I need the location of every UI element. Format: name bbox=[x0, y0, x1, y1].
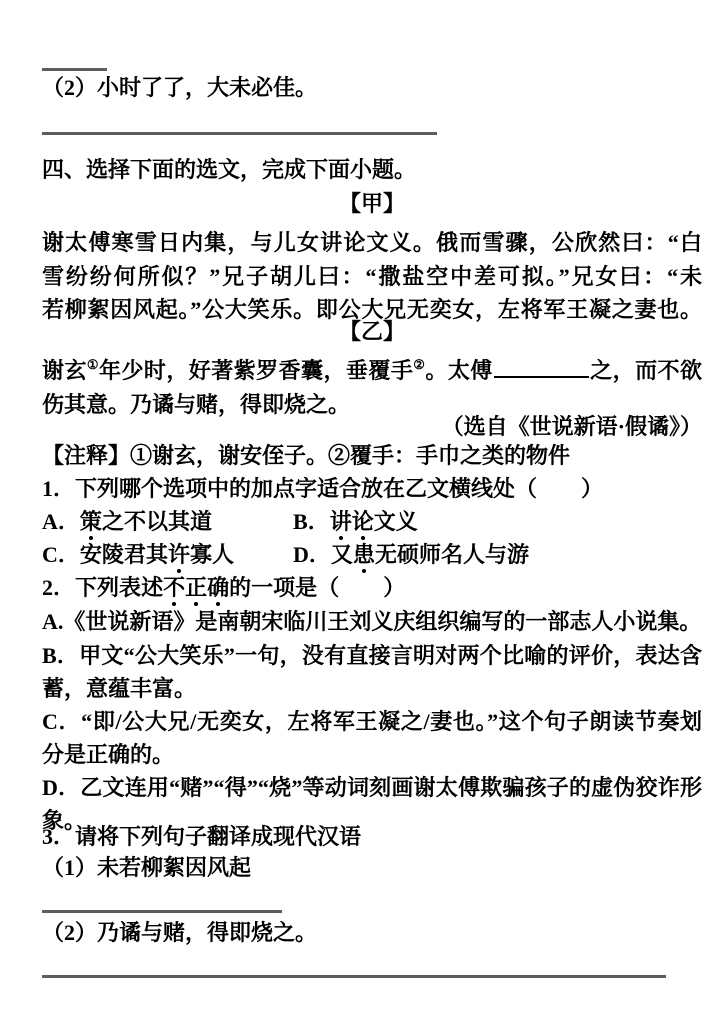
section-title: 四、选择下面的选文，完成下面小题。 bbox=[42, 158, 702, 182]
passage-yi-heading: 【乙】 bbox=[42, 320, 702, 344]
answer-line-medium bbox=[42, 132, 437, 135]
q1-option-a: A．策之不以其道 bbox=[42, 510, 293, 534]
q1-option-d: D．又患无硕师名人与游 bbox=[293, 543, 529, 567]
question-1-options-row-1: A．策之不以其道 B．讲论文义 bbox=[42, 510, 702, 534]
exam-page: （2）小时了了，大未必佳。 四、选择下面的选文，完成下面小题。 【甲】 谢太傅寒… bbox=[0, 0, 724, 1024]
source-attribution: （选自《世说新语·假谲》） bbox=[42, 415, 702, 439]
question-2-stem: 2．下列表述不正确的一项是（ ） bbox=[42, 576, 702, 600]
q1-option-b: B．讲论文义 bbox=[293, 510, 418, 534]
answer-line-sub1 bbox=[42, 910, 282, 913]
passage-yi-segment: 。太傅 bbox=[425, 358, 492, 383]
question-3-stem: 3．请将下列句子翻译成现代汉语 bbox=[42, 825, 702, 849]
passage-jia-text: 谢太傅寒雪日内集，与儿女讲论文义。俄而雪骤，公欣然曰：“白 雪纷纷何所似？”兄子… bbox=[42, 226, 702, 327]
passage-notes: 【注释】①谢玄，谢安侄子。②覆手：手巾之类的物件 bbox=[42, 444, 702, 468]
fill-in-blank-line bbox=[494, 354, 589, 378]
passage-jia-line: 雪纷纷何所似？”兄子胡儿曰：“撒盐空中差可拟。”兄女曰：“未 bbox=[42, 260, 702, 294]
question-1-stem: 1．下列哪个选项中的加点字适合放在乙文横线处（ ） bbox=[42, 477, 702, 501]
q2-option-a: A.《世说新语》是南朝宋临川王刘义庆组织编写的一部志人小说集。 bbox=[42, 610, 702, 634]
passage-jia-line: 谢太傅寒雪日内集，与儿女讲论文义。俄而雪骤，公欣然曰：“白 bbox=[42, 226, 702, 260]
footnote-marker-2: ② bbox=[413, 357, 425, 372]
prev-question-item-2: （2）小时了了，大未必佳。 bbox=[42, 76, 702, 100]
q3-sub-question-1: （1）未若柳絮因风起 bbox=[42, 856, 702, 880]
passage-yi-segment: 年少时，好著紫罗香囊，垂覆手 bbox=[99, 358, 413, 383]
q1-option-c: C．安陵君其许寡人 bbox=[42, 543, 293, 567]
passage-yi-text: 谢玄①年少时，好著紫罗香囊，垂覆手②。太傅之，而不欲伤其意。乃谲与赌，得即烧之。 bbox=[42, 354, 702, 421]
answer-line-short bbox=[42, 68, 107, 71]
q3-sub-question-2: （2）乃谲与赌，得即烧之。 bbox=[42, 921, 702, 945]
q2-option-c: C．“即/公大兄/无奕女，左将军王凝之/妻也。”这个句子朗读节奏划分是正确的。 bbox=[42, 705, 702, 771]
passage-jia-heading: 【甲】 bbox=[42, 192, 702, 216]
question-1-options-row-2: C．安陵君其许寡人 D．又患无硕师名人与游 bbox=[42, 543, 702, 567]
passage-yi-segment: 谢玄 bbox=[42, 358, 87, 383]
footnote-marker-1: ① bbox=[87, 357, 99, 372]
answer-line-sub2 bbox=[42, 975, 666, 978]
q2-option-b: B．甲文“公大笑乐”一句，没有直接言明对两个比喻的评价，表达含蓄，意蕴丰富。 bbox=[42, 639, 702, 705]
